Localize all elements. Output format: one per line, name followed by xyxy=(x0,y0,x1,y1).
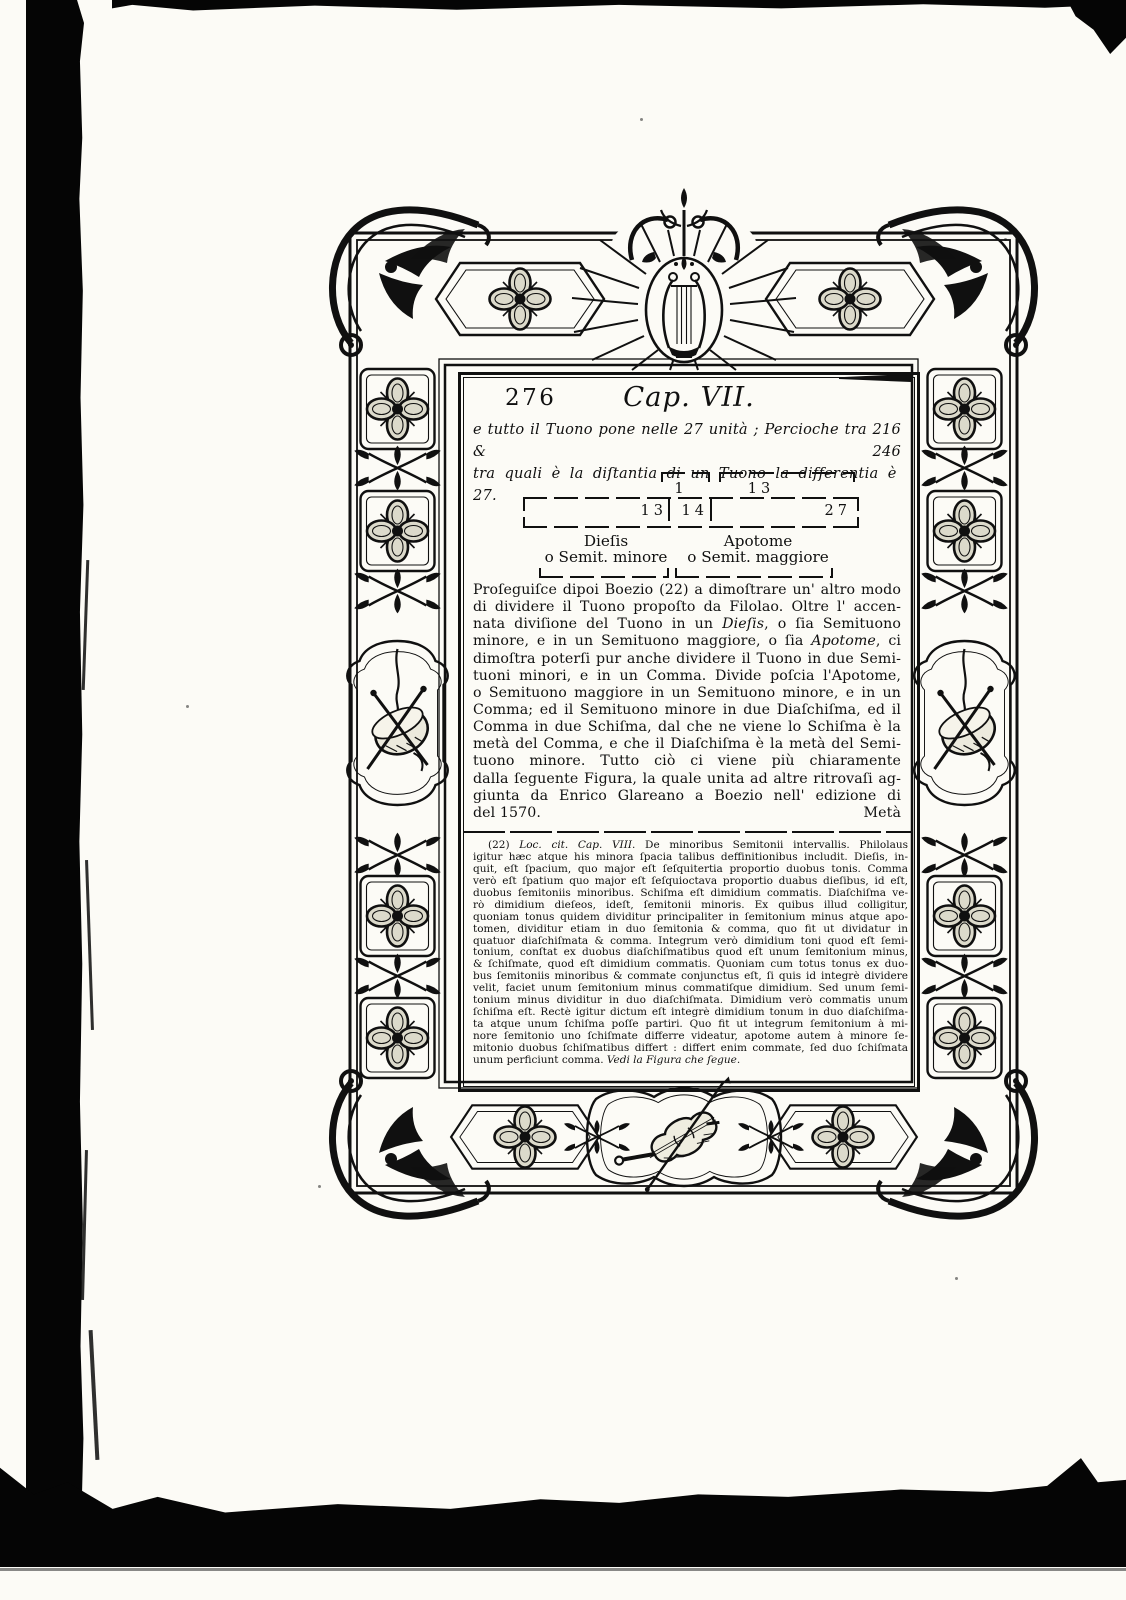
lyre-sunburst-icon xyxy=(572,188,796,370)
ink-speck xyxy=(955,1277,958,1280)
body-text-line: o Semituono maggiore in un Semituono min… xyxy=(473,685,901,702)
intro-line: e tutto il Tuono pone nelle 27 unità ; P… xyxy=(473,419,901,463)
deckle-edge-mark xyxy=(82,560,90,690)
intro-line: tra quali è la diſtantia di un Tuono la … xyxy=(473,463,901,507)
rosette-icon xyxy=(367,886,428,947)
ink-speck xyxy=(186,705,189,708)
body-paragraph: Proſeguiſce dipoi Boezio (22) a dimoſtra… xyxy=(473,582,901,822)
footnote-line: tomen, dividitur etiam in duo ſemitonia … xyxy=(473,924,908,936)
footnote-line: ſchiſma eſt. Rectè igitur dictum eſt int… xyxy=(473,1007,908,1019)
rosette-icon xyxy=(934,501,995,562)
footnote-line: verò eſt ſpatium quo major eſt ſeſquioct… xyxy=(473,876,908,888)
deckle-edge-mark xyxy=(81,1150,88,1300)
deckle-edge-mark xyxy=(89,1330,100,1460)
body-text-line: minore, e in un Semituono maggiore, o ſi… xyxy=(473,633,901,650)
foliate-knot-icon xyxy=(354,954,440,999)
chapter-heading: Cap. VII. xyxy=(461,381,917,413)
top-border-band xyxy=(436,188,934,370)
scan-edge-hairline xyxy=(0,1568,1126,1571)
foliate-knot-icon xyxy=(921,446,1007,491)
rosette-icon xyxy=(934,1008,995,1069)
footnote-line: unum perficiunt comma. Vedi la Figura ch… xyxy=(473,1055,908,1067)
rosette-icon xyxy=(495,1107,556,1168)
body-last-line: del 1570. xyxy=(473,805,541,822)
body-text-line: nata diviſione del Tuono in un Dieſis, o… xyxy=(473,616,901,633)
rosette-icon xyxy=(934,886,995,947)
footnote-line: tonium minus dividitur in duo diaſchiſma… xyxy=(473,995,908,1007)
rosette-icon xyxy=(367,379,428,440)
body-text-line: Comma; ed il Semituono minore in due Dia… xyxy=(473,702,901,719)
body-text-line: Proſeguiſce dipoi Boezio (22) a dimoſtra… xyxy=(473,582,901,599)
apotome-label-line2: o Semit. maggiore xyxy=(671,549,845,565)
scan-edge-artifact-top xyxy=(112,0,1126,14)
footnote-line: quit, eſt ſpacium, quo major eſt ſeſquit… xyxy=(473,864,908,876)
foliate-knot-icon xyxy=(354,446,440,491)
bracket-bottom-right xyxy=(675,576,833,578)
footnote-line: igitur hæc atque his minora ſpacia talib… xyxy=(473,852,908,864)
body-text-line: giunta da Enrico Glareano a Boezio nell'… xyxy=(473,788,901,805)
intro-paragraph: e tutto il Tuono pone nelle 27 unità ; P… xyxy=(473,419,901,507)
body-text-line: tuoni minori, e in un Comma. Divide poſc… xyxy=(473,668,901,685)
bracket-bottom-left xyxy=(539,576,669,578)
body-text-line: del 1570. Metà xyxy=(473,805,901,822)
footnote-line: ta atque unum ſchiſma poſſe partiri. Quo… xyxy=(473,1019,908,1031)
diesis-label-line1: Dieſis xyxy=(519,533,693,549)
foliate-knot-icon xyxy=(354,569,440,614)
deckle-edge-mark xyxy=(85,860,93,1030)
drum-icon xyxy=(368,649,435,771)
ink-speck xyxy=(640,118,643,121)
footnote-line: duobus ſemitoniis minoribus. Schiſma eſt… xyxy=(473,888,908,900)
catchword: Metà xyxy=(864,805,901,822)
scan-edge-artifact-left xyxy=(26,0,84,1530)
foliate-knot-icon xyxy=(354,833,440,878)
rosette-icon xyxy=(813,1107,874,1168)
bracket-tick xyxy=(675,568,677,578)
bottom-border-band xyxy=(451,1077,917,1199)
footnote-line: quoniam tonus quidem dividitur principal… xyxy=(473,912,908,924)
bracket-tick xyxy=(831,568,833,578)
footnote-line: mitonio duobus ſchiſmatibus differt : di… xyxy=(473,1043,908,1055)
foliate-knot-icon xyxy=(921,833,1007,878)
apotome-label: Apotome o Semit. maggiore xyxy=(671,533,845,565)
rosette-icon xyxy=(934,379,995,440)
text-panel: 276 Cap. VII. e tutto il Tuono pone nell… xyxy=(458,372,920,1092)
rosette-icon xyxy=(820,269,881,330)
diesis-label-line2: o Semit. minore xyxy=(519,549,693,565)
footnote-line: & ſchiſmate, quod eſt dimidium commatis.… xyxy=(473,959,908,971)
right-border-band xyxy=(914,369,1014,1078)
footnote-line: rò dimidium dieſeos, ideſt, ſemitonii mi… xyxy=(473,900,908,912)
footnote-line: (22) Loc. cit. Cap. VIII. De minoribus S… xyxy=(473,840,908,852)
foliate-knot-icon xyxy=(738,1120,804,1154)
drum-icon xyxy=(935,649,1002,771)
body-text-line: metà del Comma, e che il Diaſchiſma è la… xyxy=(473,736,901,753)
footnote-block: (22) Loc. cit. Cap. VIII. De minoribus S… xyxy=(473,840,908,1067)
footnote-line: nore ſemitonio uno ſchiſmate differre vi… xyxy=(473,1031,908,1043)
footnote-line: velit, faciet unum ſemitonium minus comm… xyxy=(473,983,908,995)
footnote-line: bus ſemitoniis minoribus & commate conju… xyxy=(473,971,908,983)
scanned-book-page: 276 Cap. VII. e tutto il Tuono pone nell… xyxy=(0,0,1126,1600)
apotome-label-line1: Apotome xyxy=(671,533,845,549)
footnote-line: tonium, conſtat ex duobus diaſchiſmatibu… xyxy=(473,947,908,959)
body-text-line: dalla ſeguente Figura, la quale unita ad… xyxy=(473,771,901,788)
rosette-icon xyxy=(367,1008,428,1069)
body-text-line: Comma in due Schiſma, dal che ne viene l… xyxy=(473,719,901,736)
scan-edge-artifact-bottom xyxy=(0,1446,1126,1567)
rosette-icon xyxy=(490,269,551,330)
scan-edge-artifact-top-right xyxy=(1054,0,1126,54)
body-text-line: tuono minore. Tutto ciò ci viene più chi… xyxy=(473,753,901,770)
foliate-knot-icon xyxy=(921,569,1007,614)
bracket-tick xyxy=(539,568,541,578)
foliate-knot-icon xyxy=(921,954,1007,999)
band-outline xyxy=(523,526,859,528)
rosette-icon xyxy=(367,501,428,562)
body-text-line: dimoſtra poterſi pur anche dividere il T… xyxy=(473,651,901,668)
left-border-band xyxy=(347,369,447,1078)
bracket-tick xyxy=(667,568,669,578)
foliate-knot-icon xyxy=(564,1120,630,1154)
footnote-line: quatuor diaſchiſmata & comma. Integrum v… xyxy=(473,936,908,948)
footnote-separator xyxy=(463,831,911,833)
body-text-line: di dividere il Tuono propoſto da Filolao… xyxy=(473,599,901,616)
diesis-label: Dieſis o Semit. minore xyxy=(519,533,693,565)
